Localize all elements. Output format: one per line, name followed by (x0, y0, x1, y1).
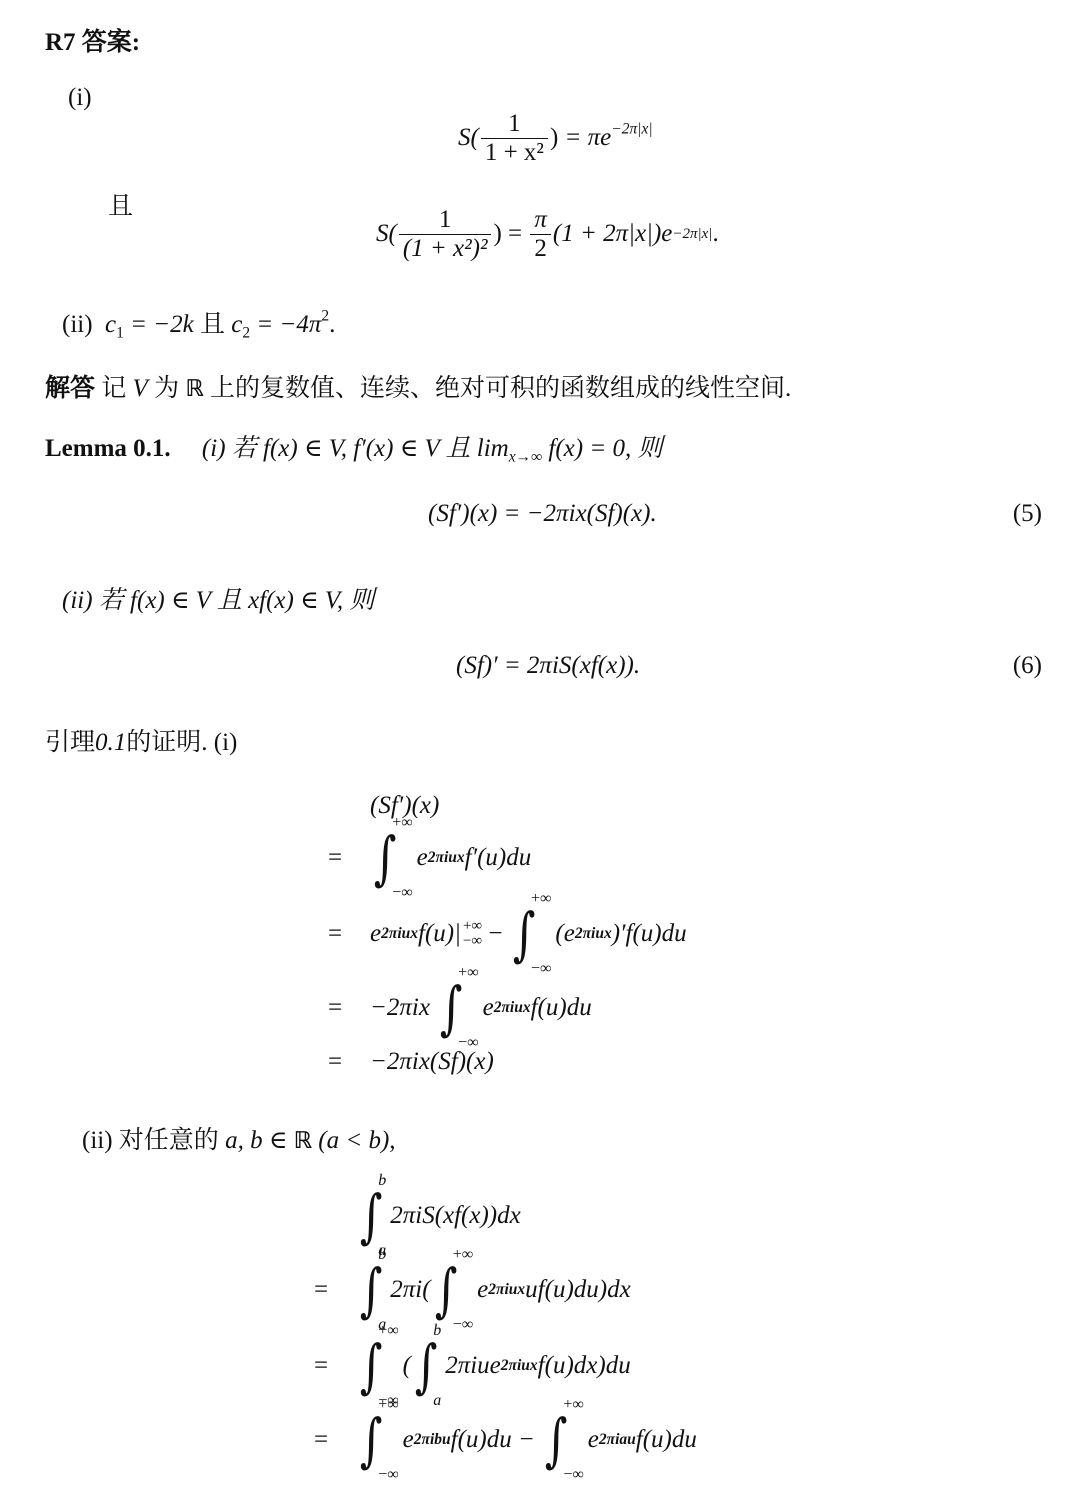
eval-expression: f(u)| (418, 920, 461, 948)
lemma-part-ii-label: (ii) (62, 587, 93, 614)
reals-symbol-2: ℝ (294, 1128, 312, 1154)
eq2-rhs-body: (1 + 2π|x|)e (553, 220, 672, 248)
integrand-tail: uf(u)du)dx (525, 1276, 631, 1304)
eq2-lhs: S( (376, 220, 397, 248)
integrand: 2πiS(xf(x))dx (390, 1202, 521, 1230)
reals-symbol: ℝ (185, 376, 203, 402)
eq2-close-paren: ) = (493, 220, 528, 248)
eq1-lhs: S( (458, 124, 479, 152)
exp-base: e (477, 1276, 488, 1304)
proof-heading: 引理0.1的证明. (i) (45, 722, 237, 758)
answer-part-ii: (ii) c1 = −2k 且 c2 = −4π2. (62, 304, 335, 340)
eval-upper: +∞ (463, 919, 482, 934)
inner-integral-sign: ∫+∞−∞ (431, 1252, 474, 1328)
equation-6-number: (6) (1013, 652, 1042, 680)
eq2-rhs-frac-den: 2 (530, 234, 551, 263)
integral-sign: ∫+∞−∞ (370, 820, 413, 896)
answer-part-i-label: (i) (68, 84, 92, 112)
eq1-fraction: 1 1 + x² (481, 110, 548, 166)
proof-part-i-label: (i) (214, 729, 238, 756)
solution-text-mid: 为 (148, 375, 186, 402)
integrand-pre: (e (555, 920, 574, 948)
exp-base: e (417, 844, 428, 872)
integral-sign: ∫+∞−∞ (356, 1328, 399, 1404)
eq2-fraction: 1 (1 + x²)² (399, 206, 492, 262)
eq1-frac-num: 1 (504, 110, 525, 138)
solution-text-pre: 记 (101, 375, 132, 402)
integrand-tail-2: f(u)du (636, 1426, 697, 1454)
proof-label-ref: 0.1 (95, 729, 126, 756)
eq2-frac-num: 1 (435, 206, 456, 234)
second-integral-sign: ∫+∞−∞ (541, 1402, 584, 1478)
proof-part-ii-label: (ii) (82, 1127, 113, 1154)
eq1-frac-den: 1 + x² (481, 138, 548, 167)
relation-equals: = (328, 994, 370, 1022)
and-connector: 且 (108, 186, 133, 222)
integrand-tail: f′(u)du (465, 844, 532, 872)
c1-symbol: c (105, 311, 116, 338)
exp-base: e (403, 1426, 414, 1454)
eval-limits: +∞−∞ (463, 919, 482, 949)
c1-subscript: 1 (116, 324, 124, 341)
equation-6: (Sf)′ = 2πiS(xf(x)). (456, 652, 640, 680)
c1-value: = −2k (124, 311, 200, 338)
and-connector-2: 且 (200, 311, 225, 338)
relation-equals: = (314, 1276, 356, 1304)
solution-label: 解答 (45, 375, 95, 402)
exp-base: e (370, 920, 381, 948)
section-heading: R7 答案: (45, 22, 140, 58)
derivation-i-line-3: = −2πix ∫+∞−∞ e2πiux f(u)du (328, 968, 592, 1048)
eq2-rhs-fraction: π 2 (530, 206, 551, 262)
integrand-tail: f(u)du − (451, 1426, 541, 1454)
integrand-tail: )′f(u)du (612, 920, 687, 948)
c2-period: . (329, 311, 335, 338)
eq1-rhs-body: = πe (565, 124, 612, 151)
integral-sign: ∫+∞−∞ (436, 970, 479, 1046)
relation-equals: = (328, 1048, 370, 1076)
eq1-rhs: = πe−2π|x| (565, 124, 653, 152)
coefficient: −2πix (370, 994, 430, 1022)
eq2-period: . (712, 220, 718, 248)
lemma-part-ii: (ii) 若 f(x) ∈ V 且 xf(x) ∈ V, 则 (62, 580, 374, 616)
lemma-part-i-text-end: f(x) = 0, 则 (542, 435, 662, 462)
eq1-rhs-exponent: −2π|x| (611, 120, 652, 137)
proof-label-pre: 引理 (45, 729, 95, 756)
integrand-tail: f(u)dx)du (538, 1352, 631, 1380)
proof-part-ii-intro: (ii) 对任意的 a, b ∈ ℝ (a < b), (82, 1120, 396, 1156)
derivation-i-line-4: = −2πix(Sf)(x) (328, 1048, 494, 1076)
space-V: V (133, 375, 148, 402)
proof-part-ii-vars: a, b ∈ (225, 1127, 294, 1154)
c2-value: = −4π (250, 311, 321, 338)
derivation-ii-line-1: = ∫ba 2πi( ∫+∞−∞ e2πiuxuf(u)du)dx (314, 1250, 631, 1330)
solution-paragraph: 解答 记 V 为 ℝ 上的复数值、连续、绝对可积的函数组成的线性空间. (45, 368, 791, 404)
integrand-pre: 2πi( (390, 1276, 430, 1304)
integral-sign: ∫ba (356, 1178, 386, 1254)
c2-symbol: c (225, 311, 242, 338)
answer-equation-2: S( 1 (1 + x²)² ) = π 2 (1 + 2π|x|)e−2π|x… (376, 206, 719, 262)
relation-equals: = (328, 920, 370, 948)
lemma-part-i-label: (i) (202, 435, 226, 462)
c2-subscript: 2 (242, 324, 250, 341)
integrand-pre: ( (403, 1352, 411, 1380)
exp-base: 2πiue (445, 1352, 501, 1380)
derivation-i-line-2: = e2πiux f(u)| +∞−∞ − ∫+∞−∞ (e2πiux)′f(u… (328, 894, 687, 974)
equation-5: (Sf′)(x) = −2πix(Sf)(x). (428, 500, 657, 528)
relation-equals: = (328, 844, 370, 872)
lemma-statement: Lemma 0.1. (i) 若 f(x) ∈ V, f′(x) ∈ V 且 l… (45, 428, 662, 464)
proof-part-ii-text: 对任意的 (113, 1127, 226, 1154)
eval-lower: −∞ (463, 934, 482, 949)
relation-equals: = (314, 1426, 356, 1454)
minus-sign: − (482, 920, 509, 948)
equation-5-number: (5) (1013, 500, 1042, 528)
solution-text-post: 上的复数值、连续、绝对可积的函数组成的线性空间. (204, 375, 792, 402)
lemma-part-ii-text: 若 f(x) ∈ V 且 xf(x) ∈ V, 则 (93, 587, 375, 614)
integral-sign: ∫+∞−∞ (509, 896, 552, 972)
derivation-ii-line-0: ∫ba 2πiS(xf(x))dx (314, 1176, 521, 1256)
exp-base: e (483, 994, 494, 1022)
integral-sign: ∫+∞−∞ (356, 1402, 399, 1478)
integrand-tail: f(u)du (531, 994, 592, 1022)
inner-integral-sign: ∫ba (411, 1328, 441, 1404)
integral-sign: ∫ba (356, 1252, 386, 1328)
c2-exponent: 2 (321, 307, 329, 324)
eq2-frac-den: (1 + x²)² (399, 234, 492, 263)
proof-part-ii-cond: (a < b), (312, 1127, 396, 1154)
answer-part-ii-label: (ii) (62, 311, 93, 338)
answer-equation-1: S( 1 1 + x² ) = πe−2π|x| (458, 110, 653, 166)
derivation-ii-line-3: = ∫+∞−∞ e2πibuf(u)du − ∫+∞−∞ e2πiauf(u)d… (314, 1400, 697, 1480)
derivation-ii-line-2: = ∫+∞−∞ ( ∫ba 2πiue2πiuxf(u)dx)du (314, 1326, 631, 1406)
exp-base-2: e (588, 1426, 599, 1454)
derivation-i-line-1: = ∫+∞−∞ e2πiux f′(u)du (328, 818, 531, 898)
eq2-rhs-frac-num: π (530, 206, 551, 234)
relation-equals: = (314, 1352, 356, 1380)
lemma-part-i-text: 若 f(x) ∈ V, f′(x) ∈ V 且 lim (226, 435, 509, 462)
lim-subscript: x→∞ (509, 448, 542, 465)
lemma-label: Lemma 0.1. (45, 435, 171, 462)
proof-label-post: 的证明. (126, 729, 207, 756)
result-expression: −2πix(Sf)(x) (370, 1048, 494, 1076)
eq1-close-paren: ) (550, 124, 565, 152)
